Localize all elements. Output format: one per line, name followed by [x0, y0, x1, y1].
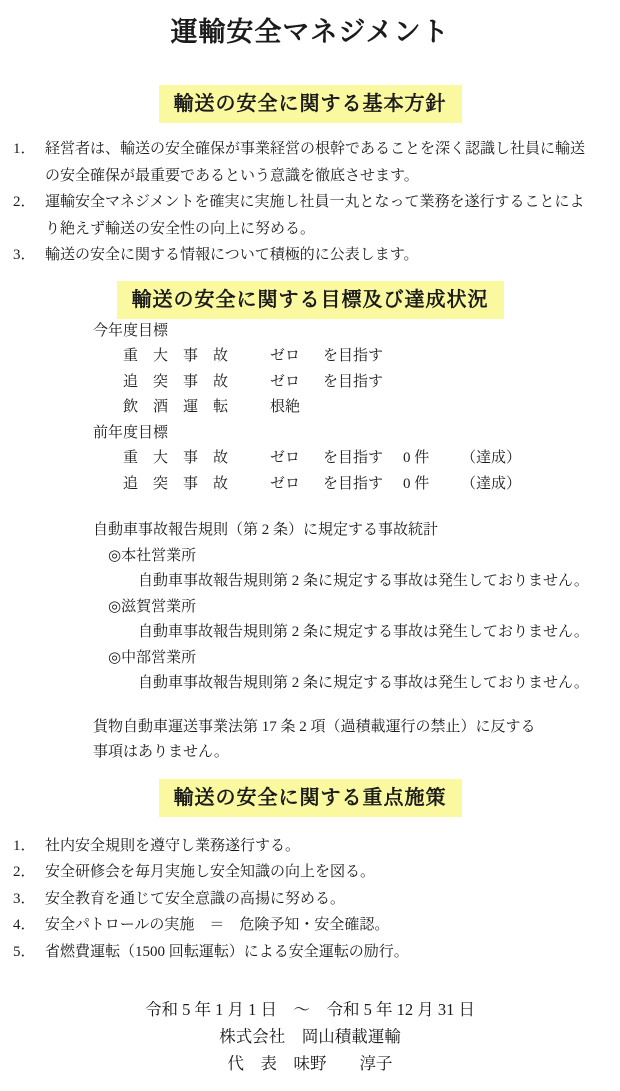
policy-list: 1． 経営者は、輸送の安全確保が事業経営の根幹であることを深く認識し社員に輸送の… — [0, 136, 620, 269]
goal-status — [461, 370, 604, 396]
goal-result — [403, 344, 461, 370]
office-statement: 自動車事故報告規則第 2 条に規定する事故は発生しておりません。 — [93, 671, 604, 697]
goal-result: 0 件 — [403, 446, 461, 472]
goal-status — [461, 395, 604, 421]
policy-item-text: 経営者は、輸送の安全確保が事業経営の根幹であることを深く認識し社員に輸送の安全確… — [45, 141, 585, 184]
goal-suffix: を目指す — [323, 472, 403, 498]
section-heading-measures: 輸送の安全に関する重点施策 — [159, 779, 462, 817]
goal-result: 0 件 — [403, 472, 461, 498]
goal-suffix: を目指す — [323, 344, 403, 370]
policy-item-text: 輸送の安全に関する情報について積極的に公表します。 — [45, 247, 419, 263]
goal-result — [403, 370, 461, 396]
goal-row: 重 大 事 故 ゼロ を目指す 0 件 （達成） — [93, 446, 604, 472]
section-heading-goals: 輸送の安全に関する目標及び達成状況 — [117, 281, 504, 319]
measure-item-number: 5． — [13, 939, 36, 966]
section-goals-heading-wrap: 輸送の安全に関する目標及び達成状況 — [0, 281, 620, 319]
accident-statistics: 自動車事故報告規則（第 2 条）に規定する事故統計 ◎本社営業所 自動車事故報告… — [93, 518, 604, 697]
representative-name: 代 表 味野 淳子 — [0, 1050, 620, 1077]
measure-item: 2． 安全研修会を毎月実施し安全知識の向上を図る。 — [0, 859, 620, 886]
section-policy-heading-wrap: 輸送の安全に関する基本方針 — [0, 85, 620, 123]
statistics-intro: 自動車事故報告規則（第 2 条）に規定する事故統計 — [93, 518, 604, 544]
company-name: 株式会社 岡山積載運輸 — [0, 1023, 620, 1050]
measure-item-text: 安全教育を通じて安全意識の高揚に努める。 — [45, 891, 345, 907]
policy-item-number: 2． — [13, 189, 36, 216]
office-name: ◎本社営業所 — [93, 544, 604, 570]
goal-row: 重 大 事 故 ゼロ を目指す — [93, 344, 604, 370]
goal-suffix: を目指す — [323, 446, 403, 472]
measure-item-text: 社内安全規則を遵守し業務遂行する。 — [45, 838, 300, 854]
goal-name: 重 大 事 故 — [123, 344, 270, 370]
goal-row: 飲 酒 運 転 根絶 — [93, 395, 604, 421]
goal-target: ゼロ — [270, 446, 323, 472]
measure-item-number: 4． — [13, 912, 36, 939]
office-name: ◎滋賀営業所 — [93, 595, 604, 621]
policy-item: 1． 経営者は、輸送の安全確保が事業経営の根幹であることを深く認識し社員に輸送の… — [0, 136, 620, 189]
law-note-line2: 事項はありません。 — [93, 740, 604, 766]
measure-item: 4． 安全パトロールの実施 ＝ 危険予知・安全確認。 — [0, 912, 620, 939]
office-statement: 自動車事故報告規則第 2 条に規定する事故は発生しておりません。 — [93, 569, 604, 595]
previous-year-label: 前年度目標 — [93, 421, 604, 447]
measure-item: 3． 安全教育を通じて安全意識の高揚に努める。 — [0, 886, 620, 913]
office-name: ◎中部営業所 — [93, 646, 604, 672]
goal-target: ゼロ — [270, 344, 323, 370]
measures-list: 1． 社内安全規則を遵守し業務遂行する。 2． 安全研修会を毎月実施し安全知識の… — [0, 833, 620, 966]
goal-name: 重 大 事 故 — [123, 446, 270, 472]
goal-name: 追 突 事 故 — [123, 472, 270, 498]
goal-status — [461, 344, 604, 370]
law-note-line1: 貨物自動車運送事業法第 17 条 2 項（過積載運行の禁止）に反する — [93, 715, 604, 741]
current-year-label: 今年度目標 — [93, 319, 604, 345]
goal-name: 飲 酒 運 転 — [123, 395, 270, 421]
goal-name: 追 突 事 故 — [123, 370, 270, 396]
office-statement: 自動車事故報告規則第 2 条に規定する事故は発生しておりません。 — [93, 620, 604, 646]
goal-target: ゼロ — [270, 472, 323, 498]
measure-item-number: 2． — [13, 859, 36, 886]
policy-item-number: 1． — [13, 136, 36, 163]
goal-result — [403, 395, 461, 421]
goal-status: （達成） — [461, 472, 604, 498]
measure-item-number: 1． — [13, 833, 36, 860]
document-footer: 令和 5 年 1 月 1 日 ～ 令和 5 年 12 月 31 日 株式会社 岡… — [0, 996, 620, 1077]
measure-item: 5． 省燃費運転（1500 回転運転）による安全運転の励行。 — [0, 939, 620, 966]
measure-item-number: 3． — [13, 886, 36, 913]
policy-item: 2． 運輸安全マネジメントを確実に実施し社員一丸となって業務を遂行することにより… — [0, 189, 620, 242]
goal-suffix: を目指す — [323, 370, 403, 396]
goal-suffix — [323, 395, 403, 421]
measure-item-text: 安全研修会を毎月実施し安全知識の向上を図る。 — [45, 864, 375, 880]
measure-item-text: 省燃費運転（1500 回転運転）による安全運転の励行。 — [45, 944, 409, 960]
policy-item-text: 運輸安全マネジメントを確実に実施し社員一丸となって業務を遂行することにより絶えず… — [45, 194, 585, 237]
goal-status: （達成） — [461, 446, 604, 472]
goal-target: 根絶 — [270, 395, 323, 421]
measure-item-text: 安全パトロールの実施 ＝ 危険予知・安全確認。 — [45, 917, 389, 933]
policy-item: 3． 輸送の安全に関する情報について積極的に公表します。 — [0, 242, 620, 269]
goal-target: ゼロ — [270, 370, 323, 396]
document-page: 運輸安全マネジメント 輸送の安全に関する基本方針 1． 経営者は、輸送の安全確保… — [0, 13, 620, 1077]
policy-item-number: 3． — [13, 242, 36, 269]
page-title: 運輸安全マネジメント — [0, 13, 620, 52]
section-measures-heading-wrap: 輸送の安全に関する重点施策 — [0, 779, 620, 817]
goal-row: 追 突 事 故 ゼロ を目指す 0 件 （達成） — [93, 472, 604, 498]
goal-row: 追 突 事 故 ゼロ を目指す — [93, 370, 604, 396]
goals-block: 今年度目標 重 大 事 故 ゼロ を目指す 追 突 事 故 ゼロ を目指す 飲 … — [93, 319, 604, 498]
section-heading-policy: 輸送の安全に関する基本方針 — [159, 85, 462, 123]
measure-item: 1． 社内安全規則を遵守し業務遂行する。 — [0, 833, 620, 860]
validity-period: 令和 5 年 1 月 1 日 ～ 令和 5 年 12 月 31 日 — [0, 996, 620, 1023]
law-note: 貨物自動車運送事業法第 17 条 2 項（過積載運行の禁止）に反する 事項はあり… — [93, 715, 604, 766]
